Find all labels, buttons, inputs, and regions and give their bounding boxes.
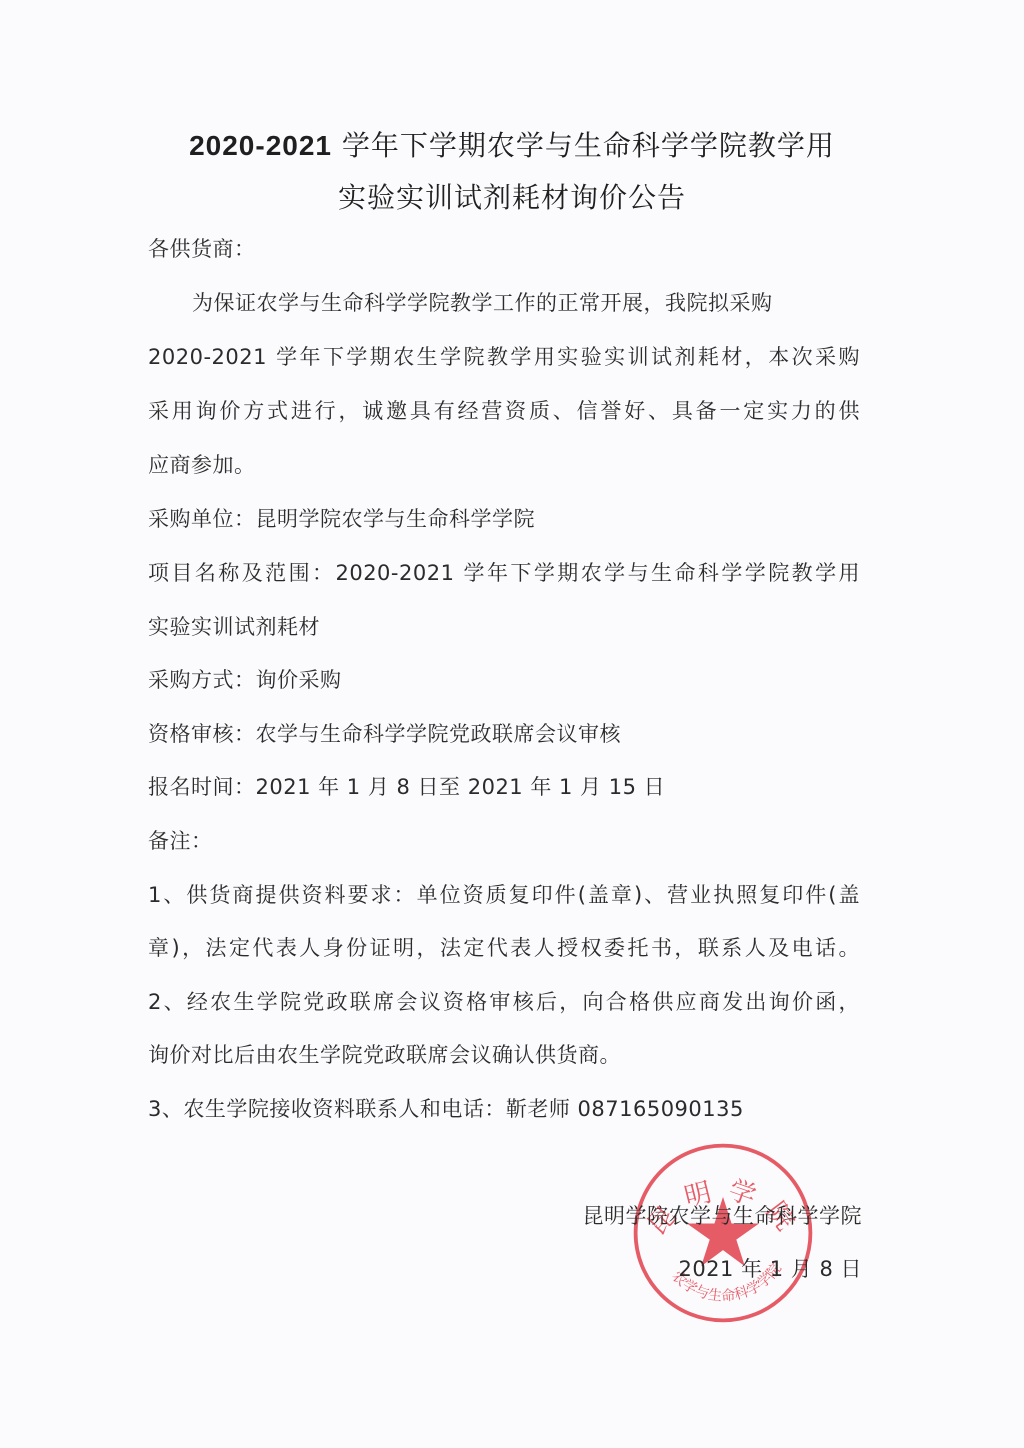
document-page: 2020-2021 学年下学期农学与生命科学学院教学用 实验实训试剂耗材询价公告… <box>0 0 1024 1448</box>
intro-line-2: 2020-2021 学年下学期农生学院教学用实验实训试剂耗材，本次采购 <box>148 342 860 372</box>
title-line-1: 2020-2021 学年下学期农学与生命科学学院教学用 <box>0 124 1024 164</box>
review-field: 资格审核：农学与生命科学学院党政联席会议审核 <box>148 719 621 749</box>
purchaser-field: 采购单位：昆明学院农学与生命科学学院 <box>148 504 535 534</box>
salutation: 各供货商： <box>148 234 256 264</box>
notes-label: 备注： <box>148 826 213 856</box>
intro-line-1: 为保证农学与生命科学学院教学工作的正常开展，我院拟采购 <box>192 288 773 318</box>
note-1-line-1: 1、供货商提供资料要求：单位资质复印件(盖章)、营业执照复印件(盖 <box>148 880 860 910</box>
official-seal-icon: 昆明学院 农学与生命科学学院 <box>628 1138 818 1328</box>
signature-date: 2021 年 1 月 8 日 <box>678 1254 862 1284</box>
intro-line-3: 采用询价方式进行，诚邀具有经营资质、信誉好、具备一定实力的供 <box>148 396 860 426</box>
note-2-line-2: 询价对比后由农生学院党政联席会议确认供货商。 <box>148 1040 621 1070</box>
title-year: 2020-2021 <box>189 130 332 161</box>
intro-line-4: 应商参加。 <box>148 450 256 480</box>
title-line-2: 实验实训试剂耗材询价公告 <box>0 176 1024 216</box>
note-3: 3、农生学院接收资料联系人和电话：靳老师 087165090135 <box>148 1094 744 1124</box>
title-text: 学年下学期农学与生命科学学院教学用 <box>332 129 835 162</box>
project-field-line-2: 实验实训试剂耗材 <box>148 612 320 642</box>
signature-org: 昆明学院农学与生命科学学院 <box>583 1201 863 1231</box>
method-field: 采购方式：询价采购 <box>148 665 342 695</box>
note-2-line-1: 2、经农生学院党政联席会议资格审核后，向合格供应商发出询价函， <box>148 987 860 1017</box>
project-field-line-1: 项目名称及范围：2020-2021 学年下学期农学与生命科学学院教学用 <box>148 558 860 588</box>
registration-field: 报名时间：2021 年 1 月 8 日至 2021 年 1 月 15 日 <box>148 772 665 802</box>
note-1-line-2: 章)，法定代表人身份证明，法定代表人授权委托书，联系人及电话。 <box>148 933 860 963</box>
